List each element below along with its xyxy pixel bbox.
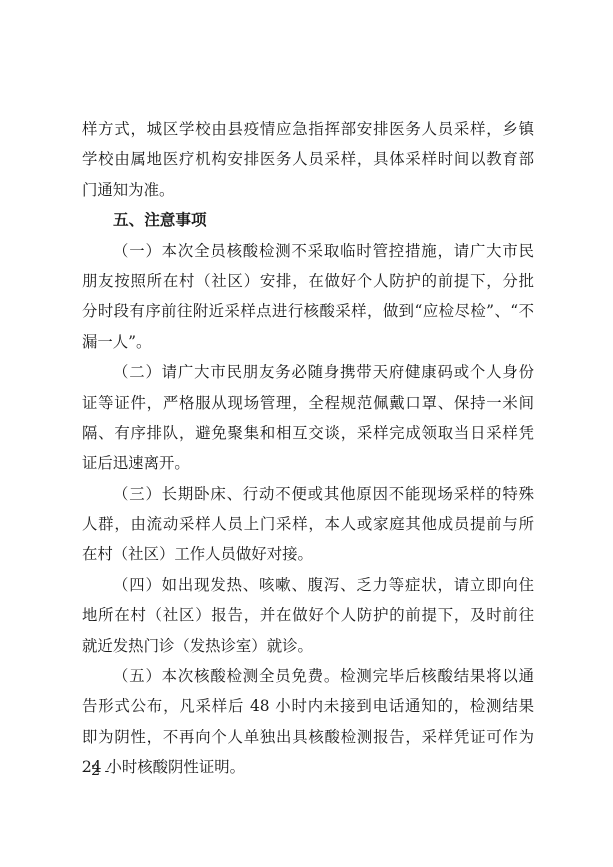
section-heading: 五、注意事项	[82, 205, 534, 235]
text-line: （三）长期卧床、行动不便或其他原因不能现场采样的特殊	[82, 479, 534, 509]
page-number: - 2 -	[82, 762, 109, 780]
document-body: 样方式，城区学校由县疫情应急指挥部安排医务人员采样，乡镇 学校由属地医疗机构安排…	[82, 114, 534, 783]
item-4-paragraph: （四）如出现发热、咳嗽、腹泻、乏力等症状，请立即向住 地所在村（社区）报告，并在…	[82, 570, 534, 661]
text-line: 在村（社区）工作人员做好对接。	[82, 539, 534, 569]
text-line: （一）本次全员核酸检测不采取临时管控措施，请广大市民	[82, 236, 534, 266]
item-3-paragraph: （三）长期卧床、行动不便或其他原因不能现场采样的特殊 人群，由流动采样人员上门采…	[82, 479, 534, 570]
intro-paragraph: 样方式，城区学校由县疫情应急指挥部安排医务人员采样，乡镇 学校由属地医疗机构安排…	[82, 114, 534, 205]
text-line: 证后迅速离开。	[82, 448, 534, 478]
text-line: 隔、有序排队，避免聚集和相互交谈，采样完成领取当日采样凭	[82, 418, 534, 448]
document-page: 样方式，城区学校由县疫情应急指挥部安排医务人员采样，乡镇 学校由属地医疗机构安排…	[0, 0, 613, 867]
text-line: 门通知为准。	[82, 175, 534, 205]
text-line: 分时段有序前往附近采样点进行核酸采样，做到“应检尽检”、“不	[82, 296, 534, 326]
text-line: （五）本次核酸检测全员免费。检测完毕后核酸结果将以通	[82, 661, 534, 691]
text-line: 就近发热门诊（发热诊室）就诊。	[82, 631, 534, 661]
text-line: 即为阴性，不再向个人单独出具核酸检测报告，采样凭证可作为	[82, 722, 534, 752]
item-5-paragraph: （五）本次核酸检测全员免费。检测完毕后核酸结果将以通 告形式公布，凡采样后 48…	[82, 661, 534, 783]
text-line: 告形式公布，凡采样后 48 小时内未接到电话通知的，检测结果	[82, 691, 534, 721]
item-1-paragraph: （一）本次全员核酸检测不采取临时管控措施，请广大市民 朋友按照所在村（社区）安排…	[82, 236, 534, 358]
text-line: 24 小时核酸阴性证明。	[82, 752, 534, 782]
text-line: 人群，由流动采样人员上门采样，本人或家庭其他成员提前与所	[82, 509, 534, 539]
text-line: 证等证件，严格服从现场管理，全程规范佩戴口罩、保持一米间	[82, 388, 534, 418]
text-line: 样方式，城区学校由县疫情应急指挥部安排医务人员采样，乡镇	[82, 114, 534, 144]
text-line: 漏一人”。	[82, 327, 534, 357]
item-2-paragraph: （二）请广大市民朋友务必随身携带天府健康码或个人身份 证等证件，严格服从现场管理…	[82, 357, 534, 479]
text-line: 地所在村（社区）报告，并在做好个人防护的前提下，及时前往	[82, 600, 534, 630]
text-line: （二）请广大市民朋友务必随身携带天府健康码或个人身份	[82, 357, 534, 387]
text-line: （四）如出现发热、咳嗽、腹泻、乏力等症状，请立即向住	[82, 570, 534, 600]
text-line: 学校由属地医疗机构安排医务人员采样，具体采样时间以教育部	[82, 144, 534, 174]
text-line: 朋友按照所在村（社区）安排，在做好个人防护的前提下，分批	[82, 266, 534, 296]
